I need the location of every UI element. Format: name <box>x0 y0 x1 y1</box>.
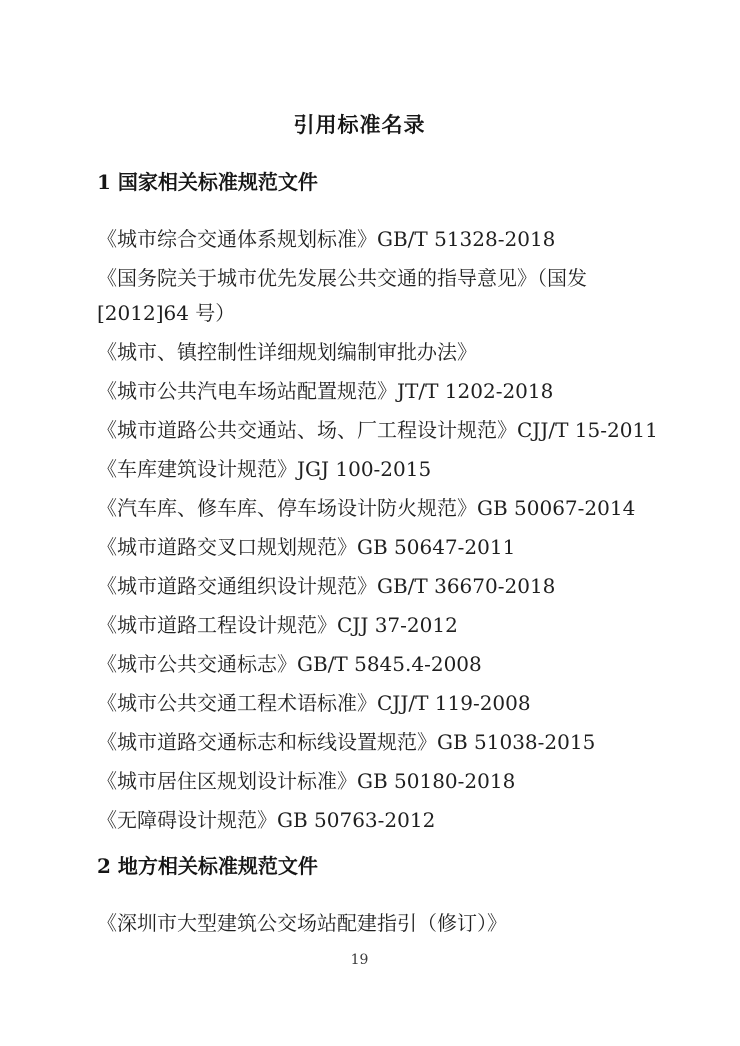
document-title: 引用标准名录 <box>97 110 622 140</box>
standard-item: 《汽车库、修车库、停车场设计防火规范》GB 50067-2014 <box>97 491 657 526</box>
page-number: 19 <box>97 951 622 969</box>
standard-item: 《城市公共交通标志》GB/T 5845.4-2008 <box>97 647 657 682</box>
standard-item: 《城市道路交通组织设计规范》GB/T 36670-2018 <box>97 569 657 604</box>
standard-item: 《城市居住区规划设计标准》GB 50180-2018 <box>97 764 657 799</box>
standard-item: 《城市道路公共交通站、场、厂工程设计规范》CJJ/T 15-2011 <box>97 413 657 448</box>
section-1-list: 《城市综合交通体系规划标准》GB/T 51328-2018 《国务院关于城市优先… <box>97 222 657 838</box>
standard-item: 《城市道路交通标志和标线设置规范》GB 51038-2015 <box>97 725 657 760</box>
standard-item: 《城市综合交通体系规划标准》GB/T 51328-2018 <box>97 222 657 257</box>
standard-item: 《城市道路交叉口规划规范》GB 50647-2011 <box>97 530 657 565</box>
document-page: 引用标准名录 1 国家相关标准规范文件 《城市综合交通体系规划标准》GB/T 5… <box>0 0 740 1046</box>
document-content: 引用标准名录 1 国家相关标准规范文件 《城市综合交通体系规划标准》GB/T 5… <box>0 0 657 969</box>
standard-item: 《深圳市大型建筑公交场站配建指引（修订）》 <box>97 906 657 941</box>
standard-item: 《国务院关于城市优先发展公共交通的指导意见》（国发[2012]64 号） <box>97 261 642 331</box>
standard-item: 《无障碍设计规范》GB 50763-2012 <box>97 803 657 838</box>
section-2-heading: 2 地方相关标准规范文件 <box>97 852 657 880</box>
section-2-list: 《深圳市大型建筑公交场站配建指引（修订）》 <box>97 906 657 941</box>
section-1-heading: 1 国家相关标准规范文件 <box>97 168 657 196</box>
standard-item: 《城市公共交通工程术语标准》CJJ/T 119-2008 <box>97 686 657 721</box>
standard-item: 《城市道路工程设计规范》CJJ 37-2012 <box>97 608 657 643</box>
standard-item: 《车库建筑设计规范》JGJ 100-2015 <box>97 452 657 487</box>
standard-item: 《城市、镇控制性详细规划编制审批办法》 <box>97 335 657 370</box>
standard-item: 《城市公共汽电车场站配置规范》JT/T 1202-2018 <box>97 374 657 409</box>
